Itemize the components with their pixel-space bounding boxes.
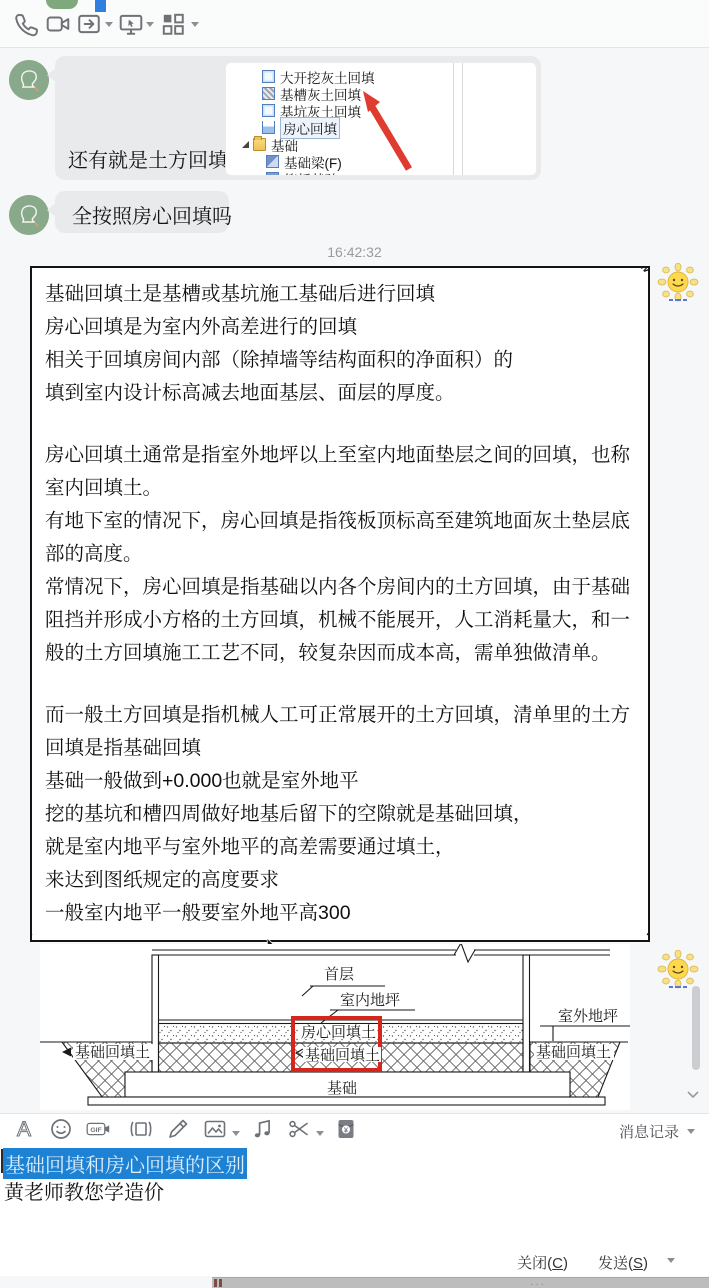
message-input[interactable]: 基础回填和房心回填的区别 黄老师教您学造价 <box>0 1143 709 1243</box>
emoji-icon[interactable] <box>49 1117 73 1141</box>
scrollbar-thumb[interactable] <box>692 986 700 1070</box>
avatar <box>46 0 78 9</box>
diagram-label: 首层 <box>324 966 354 983</box>
chevron-down-icon[interactable] <box>146 22 154 27</box>
note-line: 常情况下，房心回填是指基础以内各个房间内的土方回填，由于基础阻挡并形成小方格的土… <box>45 571 635 670</box>
diagram-label: 基础回填土 <box>305 1046 380 1064</box>
attached-screenshot-image[interactable]: 大开挖灰土回填 基槽灰土回填 基坑灰土回填 房心回填 基础 基础梁(F) 筏板基… <box>225 62 537 176</box>
send-button[interactable]: 发送(S) <box>592 1250 654 1275</box>
composer-toolbar: A GIF <box>0 1113 709 1143</box>
note-line: 就是室内地平与室外地平的高差需要通过填土， <box>45 831 635 864</box>
note-line: 挖的基坑和槽四周做好地基后留下的空隙就是基础回填， <box>45 798 635 831</box>
message-text: 全按照房心回填吗 <box>72 200 232 229</box>
selected-input-text: 基础回填和房心回填的区别 <box>3 1148 247 1179</box>
handwriting-icon[interactable] <box>166 1117 190 1141</box>
diagram-label: 室内地坪 <box>340 991 400 1009</box>
message-bubble: 全按照房心回填吗 <box>55 191 229 233</box>
corner-tick <box>647 933 650 941</box>
message-bubble: 还有就是土方回填 大开挖灰土回填 基槽灰土回填 基坑灰土回填 房心回填 基础 基… <box>55 56 541 180</box>
note-line: 一般室内地平一般要室外地平高300 <box>45 897 635 930</box>
bubble-tail <box>47 68 56 82</box>
chevron-down-icon[interactable] <box>316 1131 324 1136</box>
note-line: 填到室内设计标高减去地面基层、面层的厚度。 <box>45 377 635 410</box>
timestamp: 16:42:32 <box>0 244 709 260</box>
note-line: 而一般土方回填是指机械人工可正常展开的土方回填，清单里的土方回填是指基础回填 <box>45 699 635 765</box>
taskbar-strip <box>212 1277 709 1288</box>
diagram-image-message[interactable]: 首层 室内地坪 房心回填土 基础回填土 基础回填土 室外地坪 基础回填土 基础 <box>40 944 630 1110</box>
diagram-label: 基础回填土 <box>536 1043 611 1061</box>
diagram-label: 基础 <box>327 1079 357 1097</box>
corner-tick <box>30 933 32 941</box>
note-line <box>45 670 635 699</box>
svg-text:A: A <box>17 1118 31 1141</box>
footer-bar: 关闭(C) 发送(S) <box>0 1243 709 1276</box>
avatar[interactable] <box>9 60 49 100</box>
screen-share-icon[interactable] <box>118 11 144 37</box>
bubble-tail <box>47 203 56 217</box>
taskbar-mark <box>214 1279 217 1287</box>
diagram-label: 室外地坪 <box>558 1007 618 1025</box>
note-line: 相关于回填房间内部（除掉墙等结构面积的净面积）的 <box>45 344 635 377</box>
scroll-down-icon[interactable] <box>686 1090 700 1100</box>
wow-stamp: wow <box>624 266 650 276</box>
font-icon[interactable]: A <box>12 1117 36 1141</box>
sun-sticker[interactable] <box>657 263 699 305</box>
svg-text:GIF: GIF <box>90 1127 101 1134</box>
input-text: 黄老师教您学造价 <box>4 1176 164 1205</box>
note-line: 房心回填土通常是指室外地坪以上至室内地面垫层之间的回填，也称室内回填土。 <box>45 439 635 505</box>
message-text: 还有就是土方回填 <box>68 144 228 173</box>
video-call-icon[interactable] <box>45 11 71 37</box>
message-history-button[interactable]: 消息记录 <box>619 1121 679 1142</box>
note-image-message[interactable]: wow 基础回填土是基槽或基坑施工基础后进行回填 房心回填是为室内外高差进行的回… <box>30 266 650 942</box>
image-icon[interactable] <box>203 1117 227 1141</box>
send-options-icon[interactable] <box>667 1258 675 1263</box>
sun-sticker[interactable] <box>657 950 699 992</box>
diagram-label: 房心回填土 <box>301 1023 376 1041</box>
red-arrow-annotation <box>226 63 534 173</box>
window-shake-icon[interactable] <box>129 1117 153 1141</box>
music-icon[interactable] <box>250 1117 274 1141</box>
avatar[interactable] <box>9 195 49 235</box>
note-line: 来达到图纸规定的高度要求 <box>45 864 635 897</box>
red-packet-icon[interactable]: ¥ <box>334 1117 358 1141</box>
chevron-down-icon[interactable] <box>191 22 199 27</box>
screenshot-icon[interactable] <box>287 1117 311 1141</box>
apps-grid-icon[interactable] <box>160 11 186 37</box>
chevron-down-icon[interactable] <box>232 1131 240 1136</box>
corner-tick <box>30 266 34 267</box>
note-line: 房心回填是为室内外高差进行的回填 <box>45 311 635 344</box>
chevron-down-icon[interactable] <box>687 1129 695 1134</box>
chat-window: 还有就是土方回填 大开挖灰土回填 基槽灰土回填 基坑灰土回填 房心回填 基础 基… <box>0 0 709 1288</box>
foundation-cross-section: 首层 室内地坪 房心回填土 基础回填土 基础回填土 室外地坪 基础回填土 基础 <box>40 944 630 1110</box>
note-line: 有地下室的情况下，房心回填是指筏板顶标高至建筑地面灰土垫层底部的高度。 <box>45 505 635 571</box>
note-line <box>45 410 635 439</box>
close-button[interactable]: 关闭(C) <box>511 1250 574 1275</box>
diagram-label: 基础回填土 <box>75 1043 150 1061</box>
note-line: 基础一般做到+0.000也就是室外地平 <box>45 765 635 798</box>
phone-icon[interactable] <box>12 11 38 37</box>
taskbar-mark <box>219 1279 222 1287</box>
note-line: 基础回填土是基槽或基坑施工基础后进行回填 <box>45 278 635 311</box>
top-toolbar <box>0 0 709 48</box>
chevron-down-icon[interactable] <box>105 22 113 27</box>
gif-icon[interactable]: GIF <box>86 1117 116 1141</box>
file-transfer-icon[interactable] <box>76 11 102 37</box>
taskbar-dots: ··· <box>530 1279 546 1288</box>
